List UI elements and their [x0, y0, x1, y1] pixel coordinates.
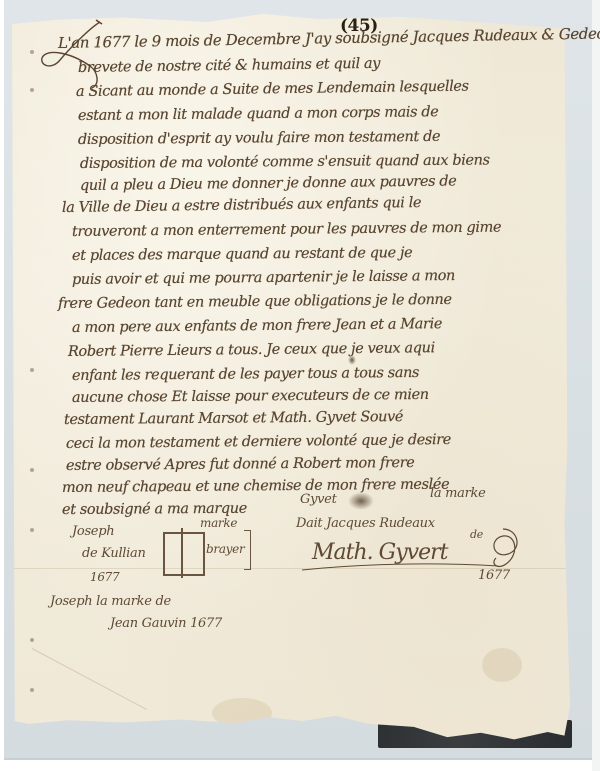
signature-gyvet: Gyvet — [300, 492, 337, 507]
manuscript-line: testament Laurant Marsot et Math. Gyvet … — [64, 409, 403, 428]
signature-la-marke: la marke — [430, 486, 486, 501]
ink-blot — [348, 492, 374, 510]
signature-math-gyvert: Math. Gyvert — [312, 540, 447, 565]
signature-rudeaux: Dait Jacques Rudeaux — [296, 516, 435, 531]
mark-label: brayer — [206, 542, 244, 556]
binding-hole — [30, 688, 34, 692]
signature-note: de — [470, 528, 483, 541]
witness-name: Joseph — [72, 524, 114, 539]
manuscript-line: et places des marque quand au restant de… — [72, 245, 412, 264]
binding-hole — [30, 468, 34, 472]
fold-crease — [32, 648, 147, 710]
signature-year: 1677 — [478, 568, 510, 583]
binding-hole — [30, 368, 34, 372]
manuscript-line: disposition d'esprit ay voulu faire mon … — [78, 129, 440, 148]
ink-spot — [348, 355, 356, 365]
witness-name: de Kullian — [82, 546, 146, 561]
binding-hole — [30, 50, 34, 54]
cross-mark-box — [163, 532, 205, 576]
bottom-signature-line: Jean Gauvin 1677 — [110, 616, 222, 631]
manuscript-line: aucune chose Et laisse pour executeurs d… — [72, 387, 429, 406]
binding-hole — [30, 638, 34, 642]
binding-hole — [30, 88, 34, 92]
paper-stain — [482, 648, 522, 682]
bottom-signature-line: Joseph la marke de — [50, 594, 171, 609]
mark-label: marke — [200, 516, 237, 530]
manuscript-line: enfant les requerant de les payer tous a… — [72, 365, 419, 384]
binding-hole — [30, 528, 34, 532]
manuscript-line: mon neuf chapeau et une chemise de mon f… — [62, 477, 449, 496]
witness-year: 1677 — [90, 570, 119, 584]
manuscript-line: estre observé Apres fut donné a Robert m… — [66, 455, 415, 474]
binding-holes — [30, 48, 36, 728]
scan-edge — [592, 0, 600, 771]
bracket — [244, 530, 251, 570]
